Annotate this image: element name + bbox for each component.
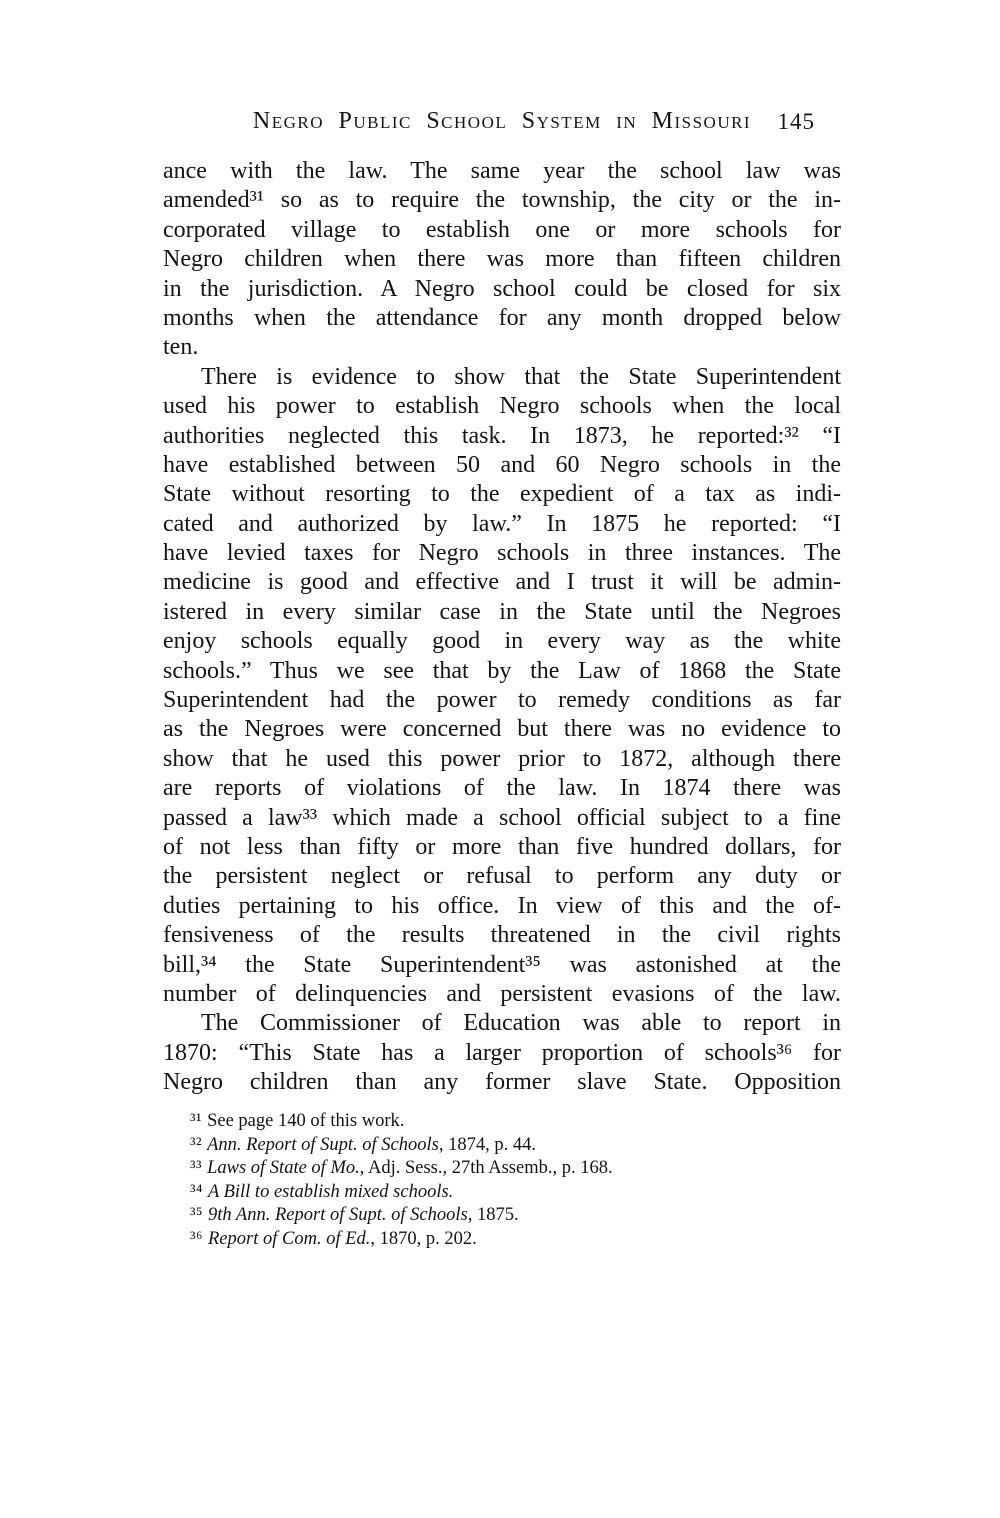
text-line: Negro children than any former slave Sta… — [163, 1068, 841, 1097]
text-line: bill,³⁴ the State Superintendent³⁵ was a… — [163, 951, 841, 980]
footnote: ³³Laws of State of Mo., Adj. Sess., 27th… — [190, 1157, 613, 1181]
footnote-marker: ³³ — [190, 1158, 202, 1178]
text-line: authorities neglected this task. In 1873… — [163, 422, 841, 451]
footnote-text: , 1874, p. 44. — [439, 1135, 536, 1155]
text-line: duties pertaining to his office. In view… — [163, 892, 841, 921]
text-line: of not less than fifty or more than five… — [163, 833, 841, 862]
footnote-title: Ann. Report of Supt. of Schools — [207, 1135, 439, 1155]
paragraph-1: ance with the law. The same year the sch… — [163, 157, 841, 363]
text-line: are reports of violations of the law. In… — [163, 774, 841, 803]
text-line: in the jurisdiction. A Negro school coul… — [163, 275, 841, 304]
page-number: 145 — [778, 109, 816, 135]
text-line: months when the attendance for any month… — [163, 304, 841, 333]
paragraph-3: The Commissioner of Education was able t… — [163, 1009, 841, 1097]
text-line: Negro children when there was more than … — [163, 245, 841, 274]
footnote: ³⁵9th Ann. Report of Supt. of Schools, 1… — [190, 1204, 613, 1228]
footnote: ³²Ann. Report of Supt. of Schools, 1874,… — [190, 1134, 613, 1158]
text-line: istered in every similar case in the Sta… — [163, 598, 841, 627]
footnote-text: , Adj. Sess., 27th Assemb., p. 168. — [360, 1158, 613, 1178]
text-line: Superintendent had the power to remedy c… — [163, 686, 841, 715]
footnote-text: , 1875. — [468, 1205, 519, 1225]
book-page: Negro Public School System in Missouri 1… — [0, 0, 1000, 1518]
footnotes: ³¹See page 140 of this work. ³²Ann. Repo… — [190, 1110, 613, 1252]
text-line: passed a law³³ which made a school offic… — [163, 804, 841, 833]
text-line: schools.” Thus we see that by the Law of… — [163, 657, 841, 686]
text-line: 1870: “This State has a larger proportio… — [163, 1039, 841, 1068]
footnote-marker: ³⁵ — [190, 1205, 203, 1225]
text-line: corporated village to establish one or m… — [163, 216, 841, 245]
text-line: number of delinquencies and persistent e… — [163, 980, 841, 1009]
running-title: Negro Public School System in Missouri — [163, 108, 841, 135]
text-line: medicine is good and effective and I tru… — [163, 568, 841, 597]
footnote-title: 9th Ann. Report of Supt. of Schools — [208, 1205, 468, 1225]
footnote-text: See page 140 of this work. — [207, 1111, 404, 1131]
footnote-title: Report of Com. of Ed. — [208, 1229, 370, 1249]
text-line: enjoy schools equally good in every way … — [163, 627, 841, 656]
footnote-text: , 1870, p. 202. — [370, 1229, 476, 1249]
footnote: ³¹See page 140 of this work. — [190, 1110, 613, 1134]
footnote: ³⁴A Bill to establish mixed schools. — [190, 1181, 613, 1205]
footnote-title: Laws of State of Mo. — [207, 1158, 360, 1178]
body-text: ance with the law. The same year the sch… — [163, 157, 841, 1098]
footnote-marker: ³⁴ — [190, 1182, 203, 1202]
page-header: Negro Public School System in Missouri 1… — [163, 108, 841, 140]
text-line: show that he used this power prior to 18… — [163, 745, 841, 774]
footnote-title: A Bill to establish mixed schools. — [208, 1182, 453, 1202]
text-line: ten. — [163, 333, 841, 362]
text-line: There is evidence to show that the State… — [163, 363, 841, 392]
paragraph-2: There is evidence to show that the State… — [163, 363, 841, 1010]
footnote-marker: ³¹ — [190, 1111, 202, 1131]
footnote: ³⁶Report of Com. of Ed., 1870, p. 202. — [190, 1228, 613, 1252]
text-line: cated and authorized by law.” In 1875 he… — [163, 510, 841, 539]
text-line: the persistent neglect or refusal to per… — [163, 862, 841, 891]
text-line: have established between 50 and 60 Negro… — [163, 451, 841, 480]
text-line: amended³¹ so as to require the township,… — [163, 186, 841, 215]
text-line: ance with the law. The same year the sch… — [163, 157, 841, 186]
text-line: have levied taxes for Negro schools in t… — [163, 539, 841, 568]
footnote-marker: ³⁶ — [190, 1229, 203, 1249]
text-line: used his power to establish Negro school… — [163, 392, 841, 421]
text-line: fensiveness of the results threatened in… — [163, 921, 841, 950]
text-line: as the Negroes were concerned but there … — [163, 715, 841, 744]
text-line: The Commissioner of Education was able t… — [163, 1009, 841, 1038]
footnote-marker: ³² — [190, 1135, 202, 1155]
text-line: State without resorting to the expedient… — [163, 480, 841, 509]
